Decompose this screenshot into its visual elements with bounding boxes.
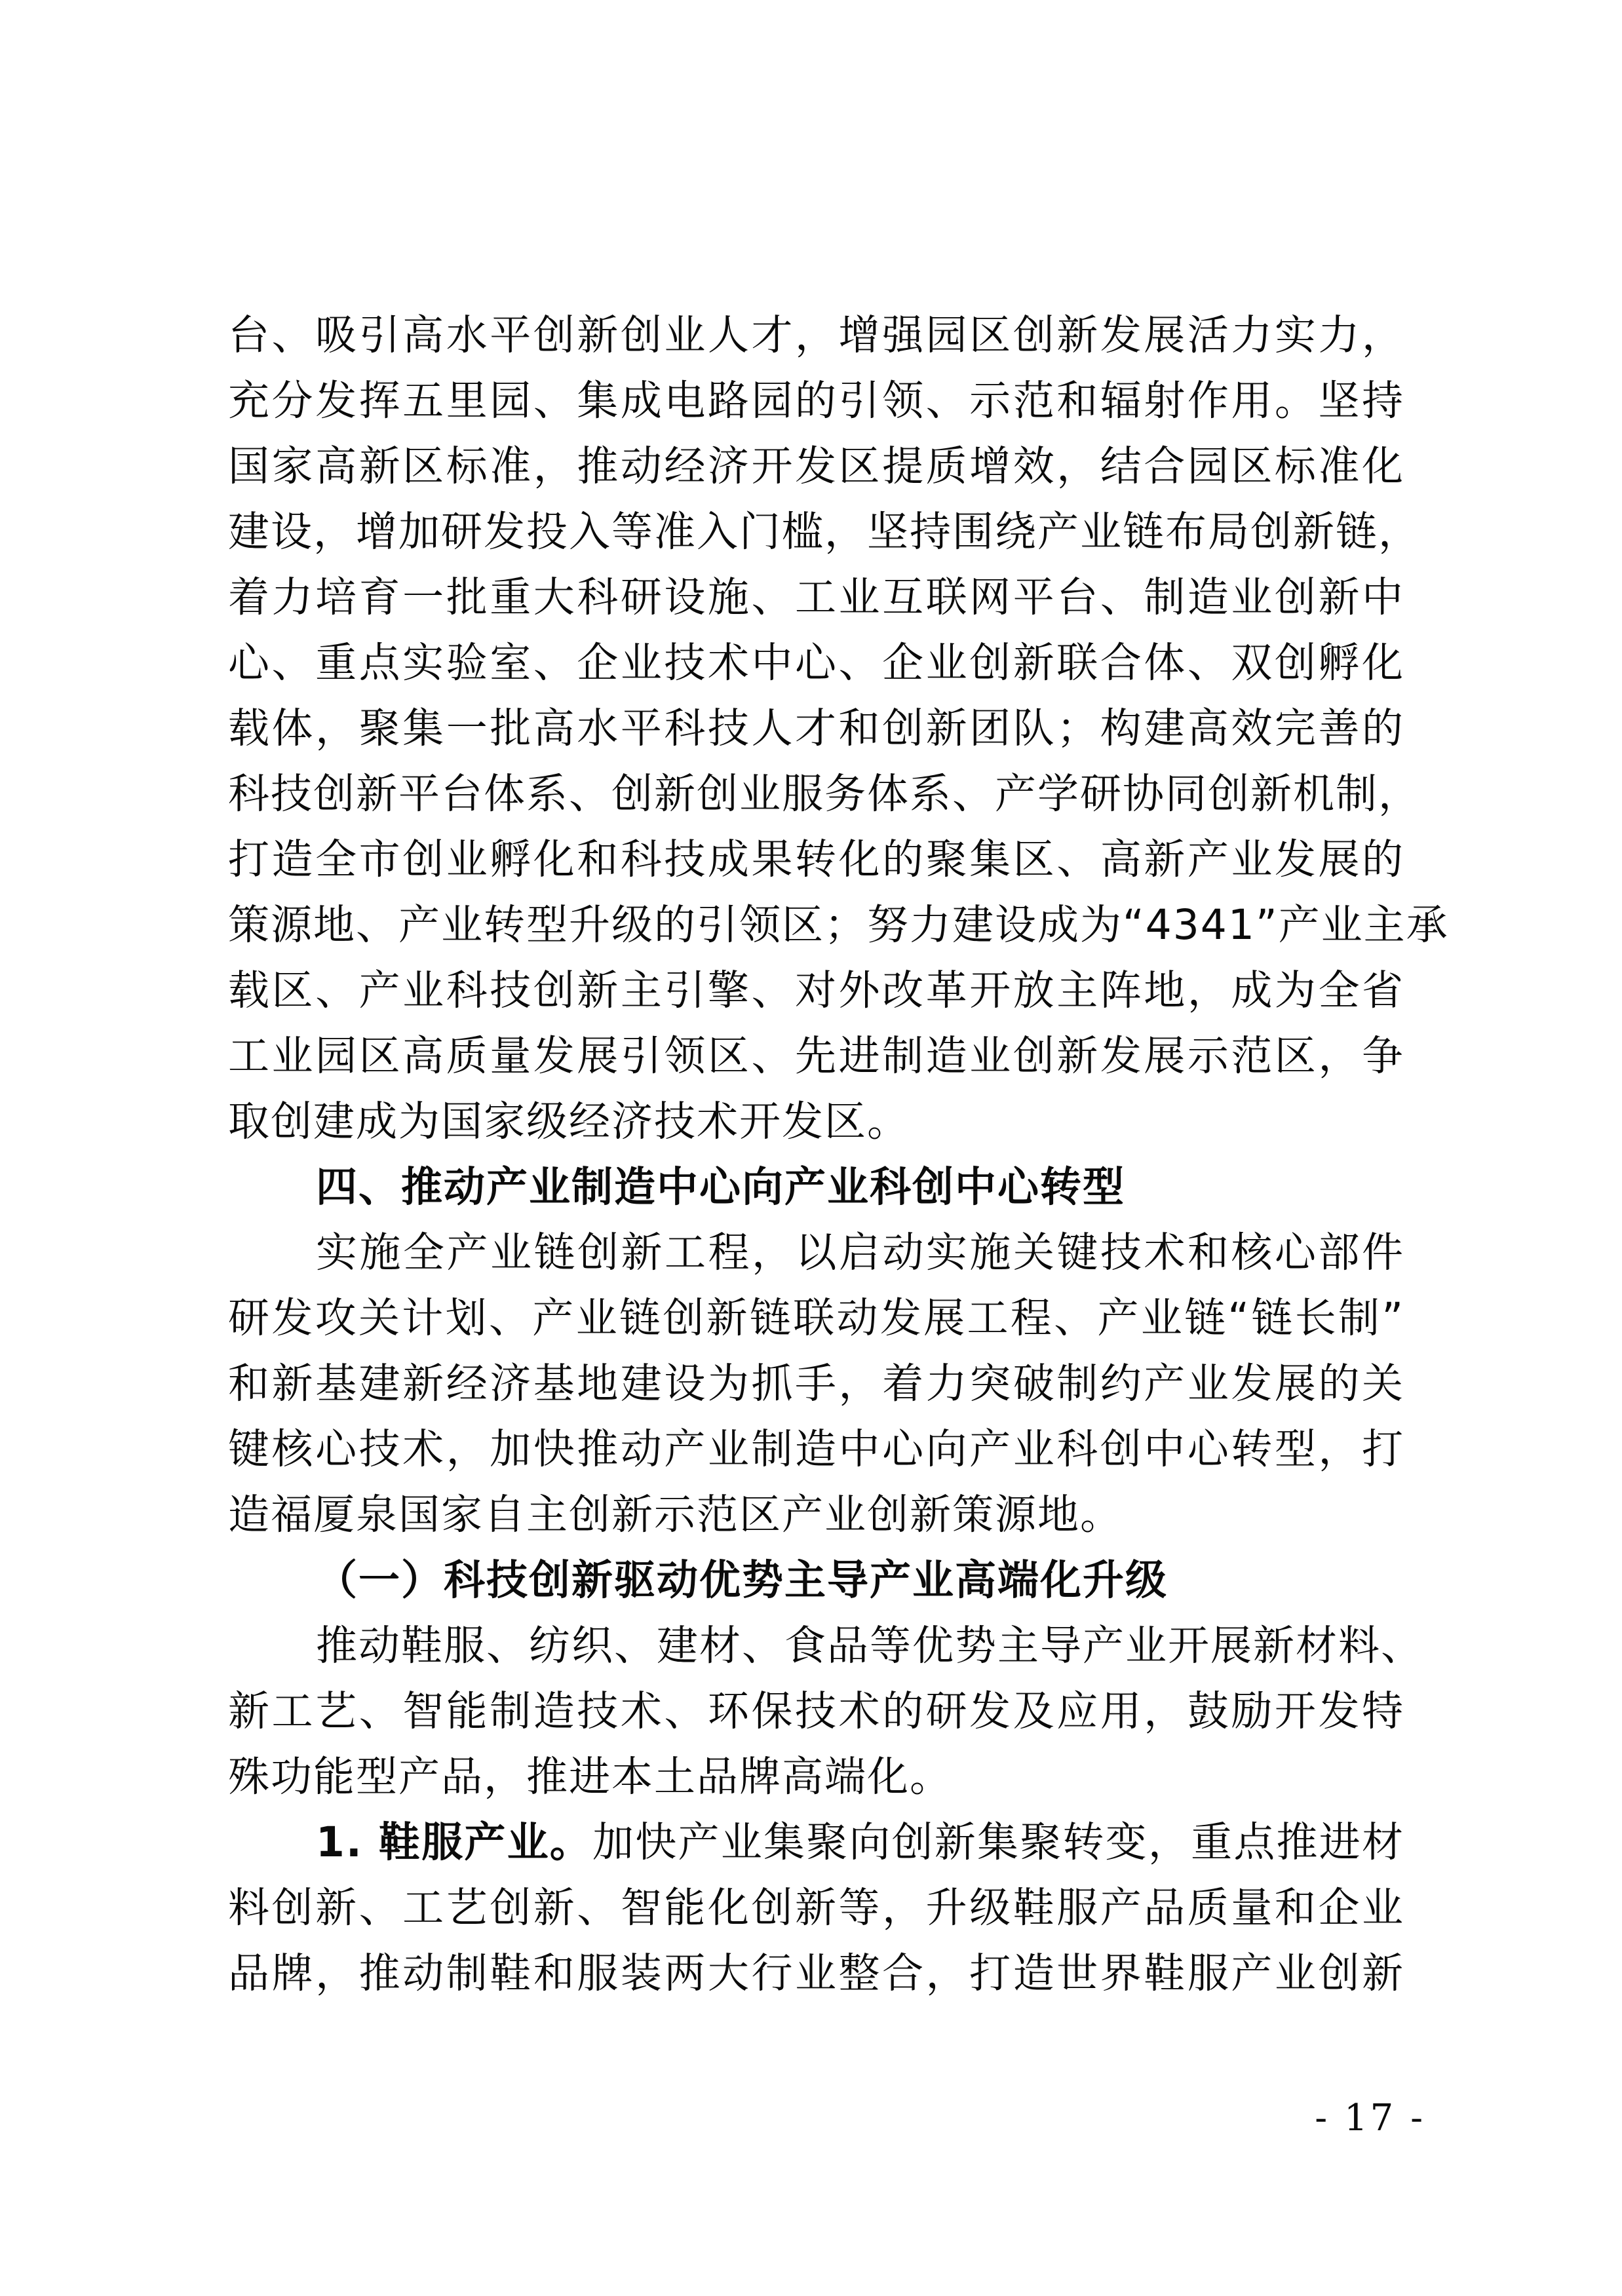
text-line: 1. 鞋服产业。加快产业集聚向创新集聚转变，重点推进材 (228, 1810, 1404, 1875)
item-title: 1. 鞋服产业。 (316, 1818, 592, 1866)
text-line: 载区、产业科技创新主引擎、对外改革开放主阵地，成为全省 (228, 958, 1404, 1024)
text-line: 料创新、工艺创新、智能化创新等，升级鞋服产品质量和企业 (228, 1875, 1404, 1941)
text-line: 新工艺、智能制造技术、环保技术的研发及应用，鼓励开发特 (228, 1679, 1404, 1744)
text-line: 工业园区高质量发展引领区、先进制造业创新发展示范区，争 (228, 1024, 1404, 1089)
text-line: 实施全产业链创新工程，以启动实施关键技术和核心部件 (228, 1220, 1404, 1286)
text-line: 充分发挥五里园、集成电路园的引领、示范和辐射作用。坚持 (228, 368, 1404, 434)
text-line: 打造全市创业孵化和科技成果转化的聚集区、高新产业发展的 (228, 827, 1404, 892)
text-line: 策源地、产业转型升级的引领区；努力建设成为“4341”产业主承 (228, 892, 1404, 958)
text-line: 键核心技术，加快推动产业制造中心向产业科创中心转型，打 (228, 1417, 1404, 1482)
text-line: 科技创新平台体系、创新创业服务体系、产学研协同创新机制， (228, 761, 1404, 827)
text-line: 心、重点实验室、企业技术中心、企业创新联合体、双创孵化 (228, 630, 1404, 696)
text-line: 品牌，推动制鞋和服装两大行业整合，打造世界鞋服产业创新 (228, 1941, 1404, 2006)
section-heading: 四、推动产业制造中心向产业科创中心转型 (228, 1155, 1404, 1220)
document-body: 台、吸引高水平创新创业人才，增强园区创新发展活力实力， 充分发挥五里园、集成电路… (228, 303, 1404, 2006)
text-line: 研发攻关计划、产业链创新链联动发展工程、产业链“链长制” (228, 1286, 1404, 1351)
text-line: 推动鞋服、纺织、建材、食品等优势主导产业开展新材料、 (228, 1613, 1404, 1679)
text-line: 造福厦泉国家自主创新示范区产业创新策源地。 (228, 1482, 1404, 1548)
text-line: 台、吸引高水平创新创业人才，增强园区创新发展活力实力， (228, 303, 1404, 368)
text-line: 和新基建新经济基地建设为抓手，着力突破制约产业发展的关 (228, 1351, 1404, 1417)
text-line: 取创建成为国家级经济技术开发区。 (228, 1089, 1404, 1155)
text-line: 载体，聚集一批高水平科技人才和创新团队；构建高效完善的 (228, 696, 1404, 761)
subsection-heading: （一）科技创新驱动优势主导产业高端化升级 (228, 1548, 1404, 1613)
document-page: 台、吸引高水平创新创业人才，增强园区创新发展活力实力， 充分发挥五里园、集成电路… (0, 0, 1622, 2296)
text-line: 殊功能型产品，推进本土品牌高端化。 (228, 1744, 1404, 1810)
text-line: 建设，增加研发投入等准入门槛，坚持围绕产业链布局创新链， (228, 499, 1404, 565)
text-line: 着力培育一批重大科研设施、工业互联网平台、制造业创新中 (228, 565, 1404, 630)
page-number: - 17 - (1315, 2095, 1425, 2141)
item-text: 加快产业集聚向创新集聚转变，重点推进材 (592, 1818, 1404, 1866)
text-line: 国家高新区标准，推动经济开发区提质增效，结合园区标准化 (228, 434, 1404, 499)
